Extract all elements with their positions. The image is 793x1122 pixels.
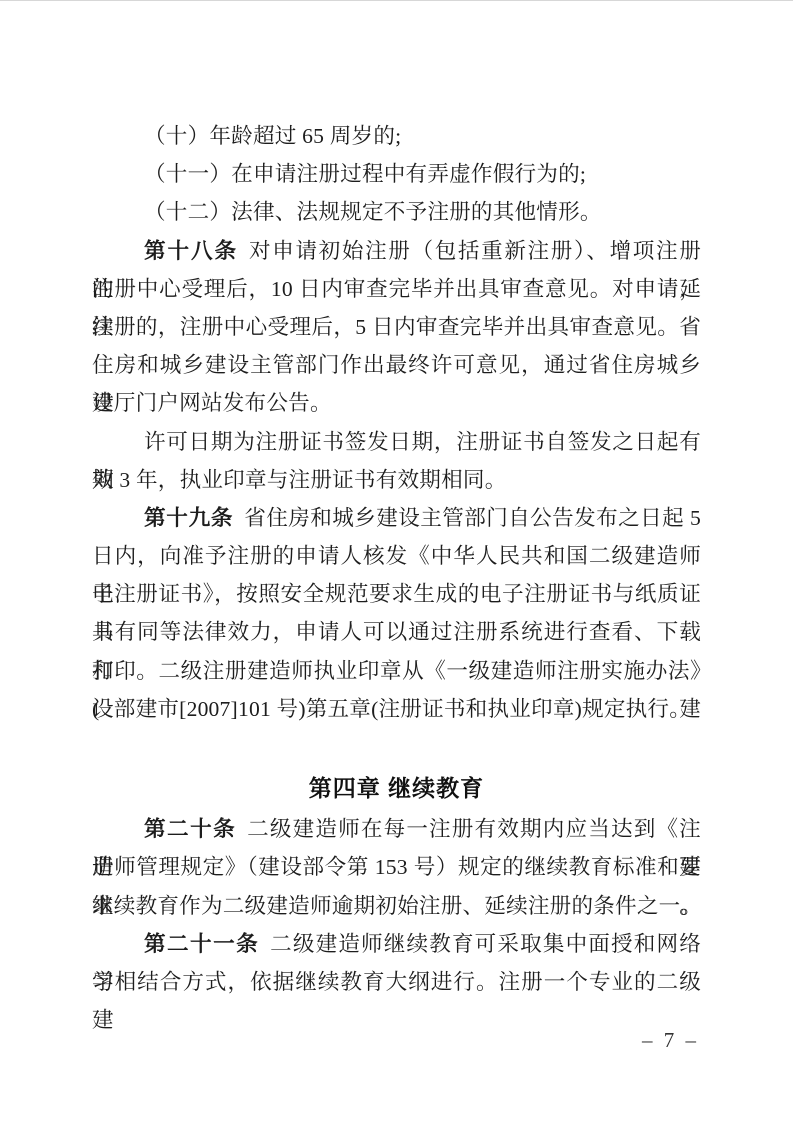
article-18-line-3: 注册的，注册中心受理后，5 日内审查完毕并出具审查意见。省 [92,308,701,346]
clause-line-12: （十二）法律、法规规定不予注册的其他情形。 [92,193,701,231]
article-21-line-1: 第二十一条二级建造师继续教育可采取集中面授和网络学 [92,925,701,963]
article-19-line-1: 第十九条省住房和城乡建设主管部门自公告发布之日起 5 [92,499,701,537]
article-20-line-2: 造师管理规定》（建设部令第 153 号）规定的继续教育标准和要求。 [92,848,701,886]
article-21-number: 第二十一条 [144,932,259,956]
chapter-4-heading: 第四章 继续教育 [92,769,701,807]
article-19-text-1: 省住房和城乡建设主管部门自公告发布之日起 5 [244,506,701,530]
article-18-para-2-line-2: 期 3 年，执业印章与注册证书有效期相同。 [92,461,701,499]
article-19-line-6: 设部建市[2007]101 号)第五章(注册证书和执业印章)规定执行。 [92,690,701,728]
clause-line-10: （十）年龄超过 65 周岁的; [92,117,701,155]
article-18-line-5: 设厅门户网站发布公告。 [92,384,701,422]
clause-line-11: （十一）在申请注册过程中有弄虚作假行为的; [92,155,701,193]
article-18-line-2: 注册中心受理后，10 日内审查完毕并出具审查意见。对申请延续 [92,270,701,308]
article-18-number: 第十八条 [144,239,238,263]
article-19-line-5: 打印。二级注册建造师执业印章从《一级建造师注册实施办法》(建 [92,652,701,690]
document-body: （十）年龄超过 65 周岁的; （十一）在申请注册过程中有弄虚作假行为的; （十… [92,117,701,1001]
scan-artifact-top-line [0,0,793,1]
article-21-line-2: 习相结合方式，依据继续教育大纲进行。注册一个专业的二级建 [92,963,701,1001]
article-20-line-3: 继续教育作为二级建造师逾期初始注册、延续注册的条件之一。 [92,887,701,925]
article-19-line-3: 子注册证书》，按照安全规范要求生成的电子注册证书与纸质证书 [92,575,701,613]
article-18-para-2-line-1: 许可日期为注册证书签发日期，注册证书自签发之日起有效 [92,423,701,461]
article-18-line-1: 第十八条对申请初始注册（包括重新注册）、增项注册的， [92,232,701,270]
article-20-number: 第二十条 [144,817,236,841]
article-20-line-1: 第二十条二级建造师在每一注册有效期内应当达到《注册建 [92,810,701,848]
document-page: { "page": { "bg_color": "#ffffff", "text… [0,0,793,1122]
article-19-line-2: 日内，向准予注册的申请人核发《中华人民共和国二级建造师电 [92,537,701,575]
article-19-line-4: 具有同等法律效力，申请人可以通过注册系统进行查看、下载和 [92,613,701,651]
article-19-number: 第十九条 [144,506,233,530]
article-18-line-4: 住房和城乡建设主管部门作出最终许可意见，通过省住房城乡建 [92,346,701,384]
page-number: – 7 – [642,1028,699,1053]
